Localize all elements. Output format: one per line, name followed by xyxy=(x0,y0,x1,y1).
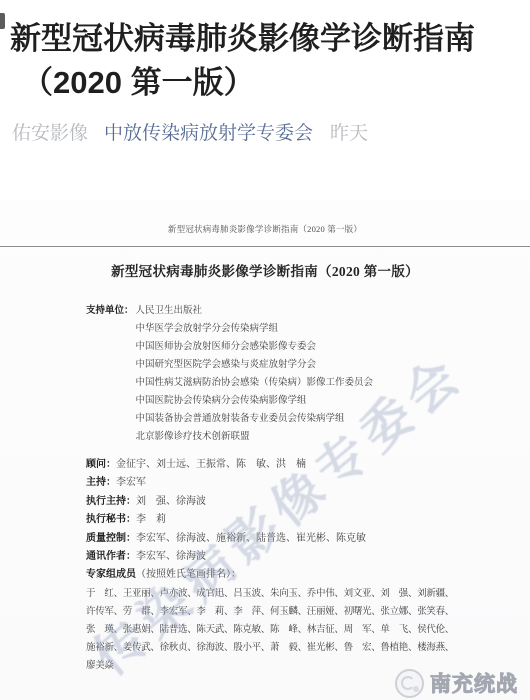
article-title-line2: （2020 第一版） xyxy=(10,61,520,105)
nanchong-watermark-badge: 南充统战 xyxy=(395,668,518,698)
credit-label: 通讯作者： xyxy=(86,551,136,562)
credit-value: 李宏军、徐海波、施裕新、陆普选、崔光彬、陈克敏 xyxy=(136,533,366,544)
nanchong-logo-icon xyxy=(395,669,424,698)
experts-heading-row: 专家组成员（按照姓氏笔画排名）： xyxy=(86,566,514,584)
credit-row-quality-control: 质量控制：李宏军、徐海波、施裕新、陆普选、崔光彬、陈克敏 xyxy=(86,530,514,548)
credits-section: 顾问：金征宇、刘士远、王振常、陈 敏、洪 楠 主持：李宏军 执行主持：刘 强、徐… xyxy=(86,456,514,675)
doc-running-head: 新型冠状病毒肺炎影像学诊断指南（2020 第一版） xyxy=(0,224,530,234)
support-unit-item: 中国医院协会传染病分会传染病影像学组 xyxy=(136,392,374,410)
credit-label: 执行主持： xyxy=(86,496,136,507)
credit-value: 李宏军 xyxy=(116,477,146,488)
support-unit-item: 北京影像诊疗技术创新联盟 xyxy=(136,428,374,446)
experts-line: 施裕新、姜传武、徐秋贞、徐海波、殷小平、萧 毅、崔光彬、鲁 宏、鲁植艳、楼海燕、 xyxy=(86,639,514,657)
credit-label: 执行秘书： xyxy=(86,514,136,525)
support-unit-item: 中华医学会放射学分会传染病学组 xyxy=(136,320,374,338)
credit-row-host: 主持：李宏军 xyxy=(86,474,514,492)
publish-date: 昨天 xyxy=(330,123,368,144)
credit-value: 李 莉 xyxy=(136,514,166,525)
credit-label: 顾问： xyxy=(86,459,116,470)
credit-label: 主持： xyxy=(86,477,116,488)
support-units-section: 支持单位： 人民卫生出版社 中华医学会放射学分会传染病学组 中国医师协会放射医师… xyxy=(86,302,510,446)
doc-header-rule xyxy=(0,246,530,247)
support-unit-item: 中国装备协会普通放射装备专业委员会传染病学组 xyxy=(136,410,374,428)
article-meta: 佑安影像中放传染病放射学专委会昨天 xyxy=(0,121,530,147)
credit-row-secretary: 执行秘书：李 莉 xyxy=(86,511,514,529)
credit-row-executive-host: 执行主持：刘 强、徐海波 xyxy=(86,493,514,511)
support-unit-item: 中国医师协会放射医师分会感染影像专委会 xyxy=(136,338,374,356)
credit-value: 金征宇、刘士远、王振常、陈 敏、洪 楠 xyxy=(116,459,306,470)
official-account-link[interactable]: 中放传染病放射学专委会 xyxy=(104,123,313,144)
credit-value: 李宏军、徐海波 xyxy=(136,551,206,562)
experts-line: 于 红、王亚丽、卢亦波、成官迅、吕玉波、朱向玉、乔中伟、刘文亚、刘 强、刘新疆、 xyxy=(86,585,514,603)
support-unit-item: 人民卫生出版社 xyxy=(136,302,374,320)
left-edge-artifact xyxy=(0,13,5,29)
experts-name-list: 于 红、王亚丽、卢亦波、成官迅、吕玉波、朱向玉、乔中伟、刘文亚、刘 强、刘新疆、… xyxy=(86,585,514,675)
experts-label: 专家组成员 xyxy=(86,569,136,580)
article-title-line1: 新型冠状病毒肺炎影像学诊断指南 xyxy=(10,17,520,61)
credit-row-advisors: 顾问：金征宇、刘士远、王振常、陈 敏、洪 楠 xyxy=(86,456,514,474)
experts-line: 许传军、劳 群、李宏军、李 莉、李 萍、何玉麟、汪丽娅、初曙光、张立娜、张笑春、 xyxy=(86,603,514,621)
support-unit-item: 中国性病艾滋病防治协会感染（传染病）影像工作委员会 xyxy=(136,374,374,392)
support-unit-item: 中国研究型医院学会感染与炎症放射学分会 xyxy=(136,356,374,374)
article-title: 新型冠状病毒肺炎影像学诊断指南 （2020 第一版） xyxy=(0,0,530,105)
support-units-label: 支持单位： xyxy=(86,302,134,320)
doc-title: 新型冠状病毒肺炎影像学诊断指南（2020 第一版） xyxy=(0,263,530,280)
author-name: 佑安影像 xyxy=(12,123,88,144)
credit-value: 刘 强、徐海波 xyxy=(136,496,206,507)
experts-sort-note: （按照姓氏笔画排名）： xyxy=(136,569,241,580)
nanchong-watermark-text: 南充统战 xyxy=(430,668,518,698)
experts-line: 张 瑛、张惠娟、陆普选、陈天武、陈克敏、陈 峰、林吉征、周 军、单 飞、侯代伦、 xyxy=(86,621,514,639)
document-scan-image[interactable]: 新型冠状病毒肺炎影像学诊断指南（2020 第一版） 新型冠状病毒肺炎影像学诊断指… xyxy=(0,200,530,700)
credit-row-corresponding-authors: 通讯作者：李宏军、徐海波 xyxy=(86,548,514,566)
credit-label: 质量控制： xyxy=(86,533,136,544)
support-units-list: 人民卫生出版社 中华医学会放射学分会传染病学组 中国医师协会放射医师分会感染影像… xyxy=(136,302,374,446)
